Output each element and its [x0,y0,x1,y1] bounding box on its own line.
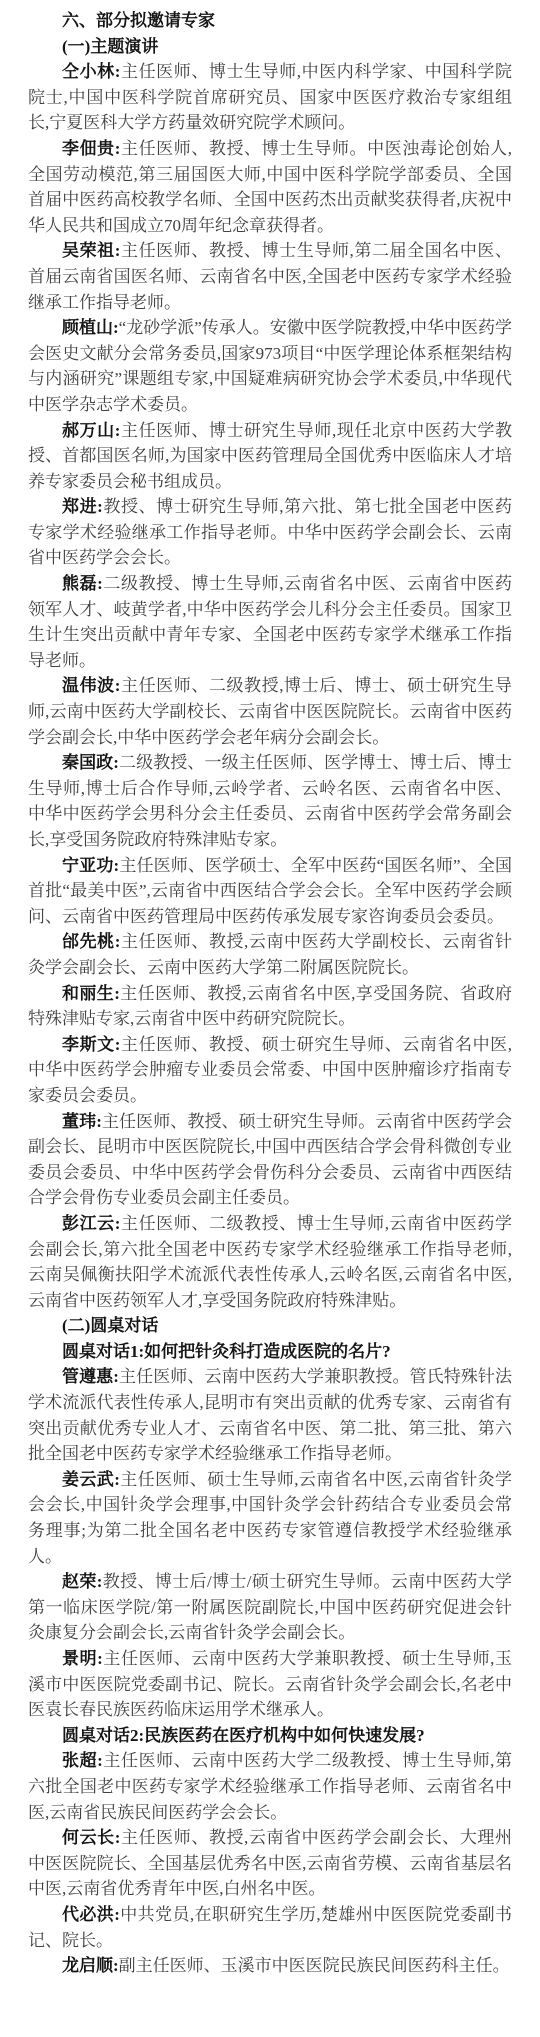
expert-name: 秦国政: [62,753,119,772]
roundtable-section: (二)圆桌对话 圆桌对话1:如何把针灸科打造成医院的名片? 管遵惠:主任医师、云… [28,1313,512,1978]
expert-name-text: 郝万山 [62,421,115,440]
expert-name: 代必洪: [62,1905,120,1924]
keynote-title: (一)主题演讲 [28,34,512,60]
expert-name: 邰先桃: [62,932,120,951]
expert-name: 赵荣: [62,1572,102,1591]
expert-name-text: 管遵惠 [62,1367,113,1386]
expert-name-text: 熊磊 [62,574,97,593]
expert-name: 彭江云: [62,1214,120,1233]
expert-paragraph: 董玮:主任医师、教授、硕士研究生导师。云南省中医药学会副会长、昆明市中医医院院长… [28,1109,512,1211]
expert-paragraph: 仝小林:主任医师、博士生导师,中医内科学家、中国科学院院士,中国中医科学院首席研… [28,59,512,136]
dialog-title: 圆桌对话2:民族医药在医疗机构中如何快速发展? [28,1723,512,1749]
expert-name-text: 和丽生 [62,984,114,1003]
expert-name-text: 龙启顺 [62,1956,113,1975]
expert-paragraph: 郑进:教授、博士研究生导师,第六批、第七批全国老中医药专家学术经验继承工作指导老… [28,494,512,571]
expert-name: 何云长: [62,1828,120,1847]
expert-name-text: 李斯文 [62,1035,115,1054]
roundtable-dialog: 圆桌对话1:如何把针灸科打造成医院的名片? 管遵惠:主任医师、云南中医药大学兼职… [28,1339,512,1723]
expert-paragraph: 赵荣:教授、博士后/博士/硕士研究生导师。云南中医药大学第一临床医学院/第一附属… [28,1569,512,1646]
roundtable-dialog-list: 圆桌对话1:如何把针灸科打造成医院的名片? 管遵惠:主任医师、云南中医药大学兼职… [28,1339,512,1979]
expert-name-text: 顾植山 [62,318,113,337]
expert-name: 郑进: [62,497,103,516]
expert-paragraph: 李斯文:主任医师、教授、硕士研究生导师、云南省名中医,中华中医药学会肿瘤专业委员… [28,1032,512,1109]
expert-name-text: 景明 [62,1649,97,1668]
expert-name-text: 彭江云 [62,1214,115,1233]
expert-paragraph: 郝万山:主任医师、博士研究生导师,现任北京中医药大学教授、首都国医名师,为国家中… [28,418,512,495]
expert-name-text: 宁亚功 [62,856,113,875]
expert-description: 副主任医师、玉溪市中医医院民族民间医药科主任。 [119,1956,510,1975]
expert-paragraph: 和丽生:主任医师、教授,云南省名中医,享受国务院、省政府特殊津贴专家,云南省中医… [28,981,512,1032]
expert-name-text: 李佃贵 [62,139,115,158]
expert-paragraph: 熊磊:二级教授、博士生导师,云南省名中医、云南省中医药领军人才、岐黄学者,中华中… [28,571,512,673]
expert-name-text: 秦国政 [62,753,113,772]
section-title: 六、部分拟邀请专家 [28,8,512,34]
keynote-section: (一)主题演讲 仝小林:主任医师、博士生导师,中医内科学家、中国科学院院士,中国… [28,34,512,1314]
expert-name: 姜云武: [62,1470,120,1489]
expert-paragraph: 李佃贵:主任医师、教授、博士生导师。中医浊毒论创始人,全国劳动模范,第三届国医大… [28,136,512,238]
expert-name-text: 何云长 [62,1828,115,1847]
expert-paragraph: 顾植山:“龙砂学派”传承人。安徽中医学院教授,中华中医药学会医史文献分会常务委员… [28,315,512,417]
expert-name: 熊磊: [62,574,103,593]
expert-name-text: 董玮 [62,1112,96,1131]
dialog-expert-list: 张超:主任医师、云南中医药大学二级教授、博士生导师,第六批全国老中医药专家学术经… [28,1748,512,1978]
expert-paragraph: 何云长:主任医师、教授,云南省中医药学会副会长、大理州中医医院院长、全国基层优秀… [28,1825,512,1902]
expert-name-text: 温伟波 [62,676,115,695]
expert-name: 仝小林: [62,62,120,81]
expert-name: 宁亚功: [62,856,119,875]
expert-paragraph: 宁亚功:主任医师、医学硕士、全军中医药“国医名师”、全国首批“最美中医”,云南省… [28,853,512,930]
expert-name: 董玮: [62,1112,102,1131]
expert-paragraph: 管遵惠:主任医师、云南中医药大学兼职教授。管氏特殊针法学术流派代表性传承人,昆明… [28,1364,512,1466]
expert-name: 李佃贵: [62,139,120,158]
expert-name: 管遵惠: [62,1367,119,1386]
expert-paragraph: 景明:主任医师、云南中医药大学兼职教授、硕士生导师,玉溪市中医医院党委副书记、院… [28,1646,512,1723]
expert-name: 和丽生: [62,984,120,1003]
roundtable-dialog: 圆桌对话2:民族医药在医疗机构中如何快速发展? 张超:主任医师、云南中医药大学二… [28,1723,512,1979]
expert-paragraph: 秦国政:二级教授、一级主任医师、医学博士、博士后、博士生导师,博士后合作导师,云… [28,750,512,852]
expert-name-text: 姜云武 [62,1470,114,1489]
expert-paragraph: 温伟波:主任医师、二级教授,博士后、博士、硕士研究生导师,云南中医药大学副校长、… [28,673,512,750]
expert-name: 温伟波: [62,676,120,695]
expert-name: 李斯文: [62,1035,120,1054]
expert-paragraph: 彭江云:主任医师、二级教授、博士生导师,云南省中医药学会副会长,第六批全国老中医… [28,1211,512,1313]
expert-name: 郝万山: [62,421,120,440]
expert-name-text: 邰先桃 [62,932,115,951]
expert-paragraph: 代必洪:中共党员,在职研究生学历,楚雄州中医医院党委副书记、院长。 [28,1902,512,1953]
expert-paragraph: 邰先桃:主任医师、教授,云南中医药大学副校长、云南省针灸学会副会长、云南中医药大… [28,929,512,980]
expert-paragraph: 姜云武:主任医师、硕士生导师,云南省名中医,云南省针灸学会会长,中国针灸学会理事… [28,1467,512,1569]
expert-paragraph: 龙启顺:副主任医师、玉溪市中医医院民族民间医药科主任。 [28,1953,512,1979]
expert-name-text: 张超 [62,1751,97,1770]
expert-name: 景明: [62,1649,103,1668]
expert-name: 龙启顺: [62,1956,119,1975]
expert-paragraph: 张超:主任医师、云南中医药大学二级教授、博士生导师,第六批全国老中医药专家学术经… [28,1748,512,1825]
expert-name: 吴荣祖: [62,241,120,260]
expert-name-text: 赵荣 [62,1572,97,1591]
dialog-expert-list: 管遵惠:主任医师、云南中医药大学兼职教授。管氏特殊针法学术流派代表性传承人,昆明… [28,1364,512,1722]
roundtable-title: (二)圆桌对话 [28,1313,512,1339]
document-page: 六、部分拟邀请专家 (一)主题演讲 仝小林:主任医师、博士生导师,中医内科学家、… [0,0,540,2037]
keynote-expert-list: 仝小林:主任医师、博士生导师,中医内科学家、中国科学院院士,中国中医科学院首席研… [28,59,512,1313]
expert-name: 张超: [62,1751,103,1770]
expert-name-text: 代必洪 [62,1905,114,1924]
expert-name-text: 吴荣祖 [62,241,115,260]
expert-name: 顾植山: [62,318,119,337]
expert-paragraph: 吴荣祖:主任医师、教授、博士生导师,第二届全国名中医、首届云南省国医名师、云南省… [28,238,512,315]
dialog-title: 圆桌对话1:如何把针灸科打造成医院的名片? [28,1339,512,1365]
expert-name-text: 仝小林 [62,62,115,81]
expert-name-text: 郑进 [62,497,97,516]
